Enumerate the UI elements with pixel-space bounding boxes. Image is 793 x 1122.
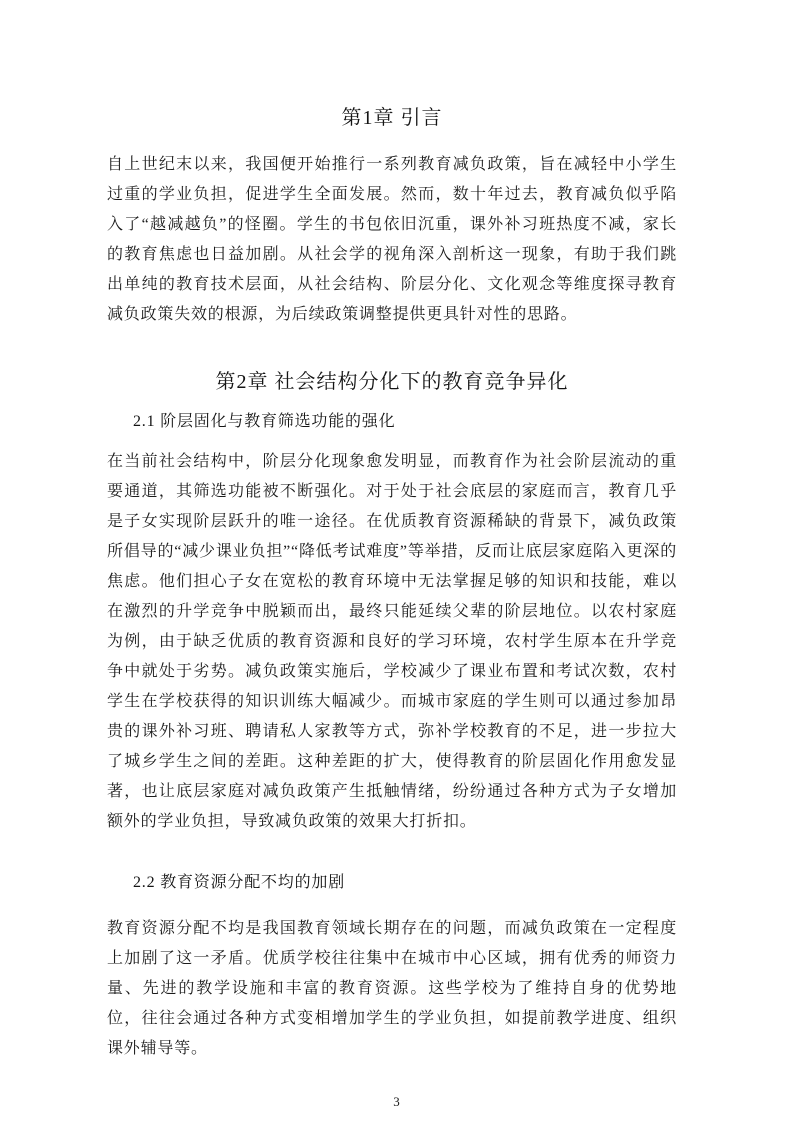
section-2-1-paragraph: 在当前社会结构中，阶层分化现象愈发明显，而教育作为社会阶层流动的重要通道，其筛选…	[107, 447, 677, 837]
section-2-2-paragraph: 教育资源分配不均是我国教育领域长期存在的问题，而减负政策在一定程度上加剧了这一矛…	[107, 914, 677, 1064]
page-number: 3	[0, 1094, 793, 1110]
section-2-2-title: 2.2 教育资源分配不均的加剧	[107, 868, 677, 898]
page-content: 第1章 引言 自上世纪末以来，我国便开始推行一系列教育减负政策，旨在减轻中小学生…	[0, 0, 793, 1064]
document-page: 第1章 引言 自上世纪末以来，我国便开始推行一系列教育减负政策，旨在减轻中小学生…	[0, 0, 793, 1122]
chapter-1-paragraph: 自上世纪末以来，我国便开始推行一系列教育减负政策，旨在减轻中小学生过重的学业负担…	[107, 150, 677, 330]
chapter-1-title: 第1章 引言	[107, 103, 677, 133]
section-2-1-title: 2.1 阶层固化与教育筛选功能的强化	[107, 407, 677, 437]
chapter-2-title: 第2章 社会结构分化下的教育竞争异化	[107, 367, 677, 397]
